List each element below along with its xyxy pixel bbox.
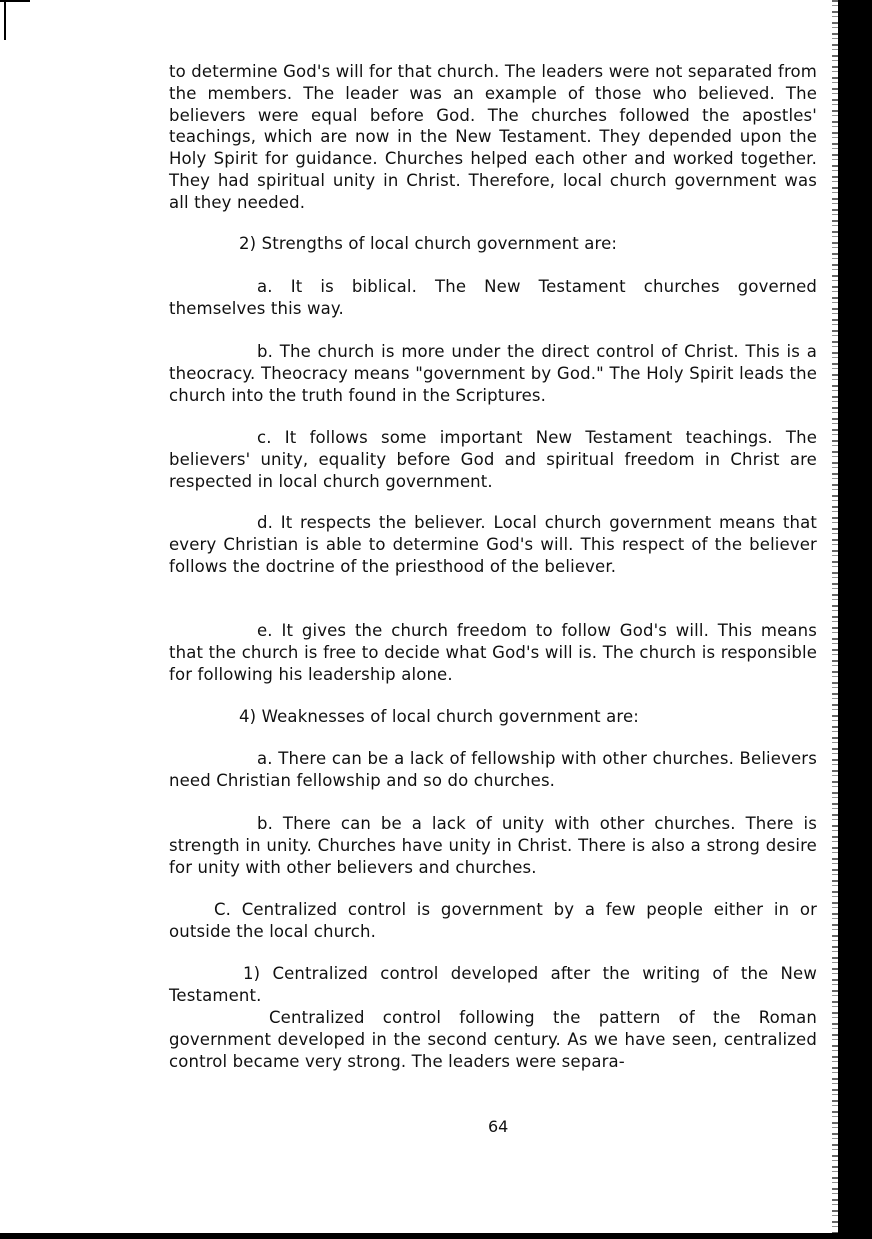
paragraph-strength-c: c. It follows some important New Testame… [169, 427, 817, 492]
paragraph-section-c: C. Centralized control is government by … [169, 899, 817, 943]
paragraph-text: c. It follows some important New Testame… [169, 427, 817, 492]
paragraph-text: a. It is biblical. The New Testament chu… [169, 276, 817, 320]
paragraph-intro: to determine God's will for that church.… [169, 61, 817, 214]
scan-artifact-mark [4, 0, 6, 40]
heading-text: 4) Weaknesses of local church government… [169, 706, 817, 728]
paragraph-text: 1) Centralized control developed after t… [169, 963, 817, 1007]
paragraph-text: to determine God's will for that church.… [169, 61, 817, 214]
scan-dark-border [838, 0, 872, 1239]
paragraph-section-c-1-body: Centralized control following the patter… [169, 1007, 817, 1072]
paragraph-text: e. It gives the church freedom to follow… [169, 620, 817, 685]
paragraph-strength-a: a. It is biblical. The New Testament chu… [169, 276, 817, 320]
scanned-page: to determine God's will for that church.… [0, 0, 872, 1239]
paragraph-strength-e: e. It gives the church freedom to follow… [169, 620, 817, 685]
heading-text: 2) Strengths of local church government … [169, 233, 817, 255]
scan-bottom-border [0, 1233, 872, 1239]
paragraph-text: C. Centralized control is government by … [169, 899, 817, 943]
paragraph-weakness-a: a. There can be a lack of fellowship wit… [169, 748, 817, 792]
paragraph-text: b. There can be a lack of unity with oth… [169, 813, 817, 878]
paragraph-text: a. There can be a lack of fellowship wit… [169, 748, 817, 792]
paragraph-strength-d: d. It respects the believer. Local churc… [169, 512, 817, 577]
strengths-heading: 2) Strengths of local church government … [169, 233, 817, 255]
paragraph-section-c-1: 1) Centralized control developed after t… [169, 963, 817, 1007]
page-number: 64 [488, 1117, 508, 1136]
paragraph-weakness-b: b. There can be a lack of unity with oth… [169, 813, 817, 878]
paragraph-text: d. It respects the believer. Local churc… [169, 512, 817, 577]
paragraph-text: b. The church is more under the direct c… [169, 341, 817, 406]
paragraph-text: Centralized control following the patter… [169, 1007, 817, 1072]
weaknesses-heading: 4) Weaknesses of local church government… [169, 706, 817, 728]
paragraph-strength-b: b. The church is more under the direct c… [169, 341, 817, 406]
